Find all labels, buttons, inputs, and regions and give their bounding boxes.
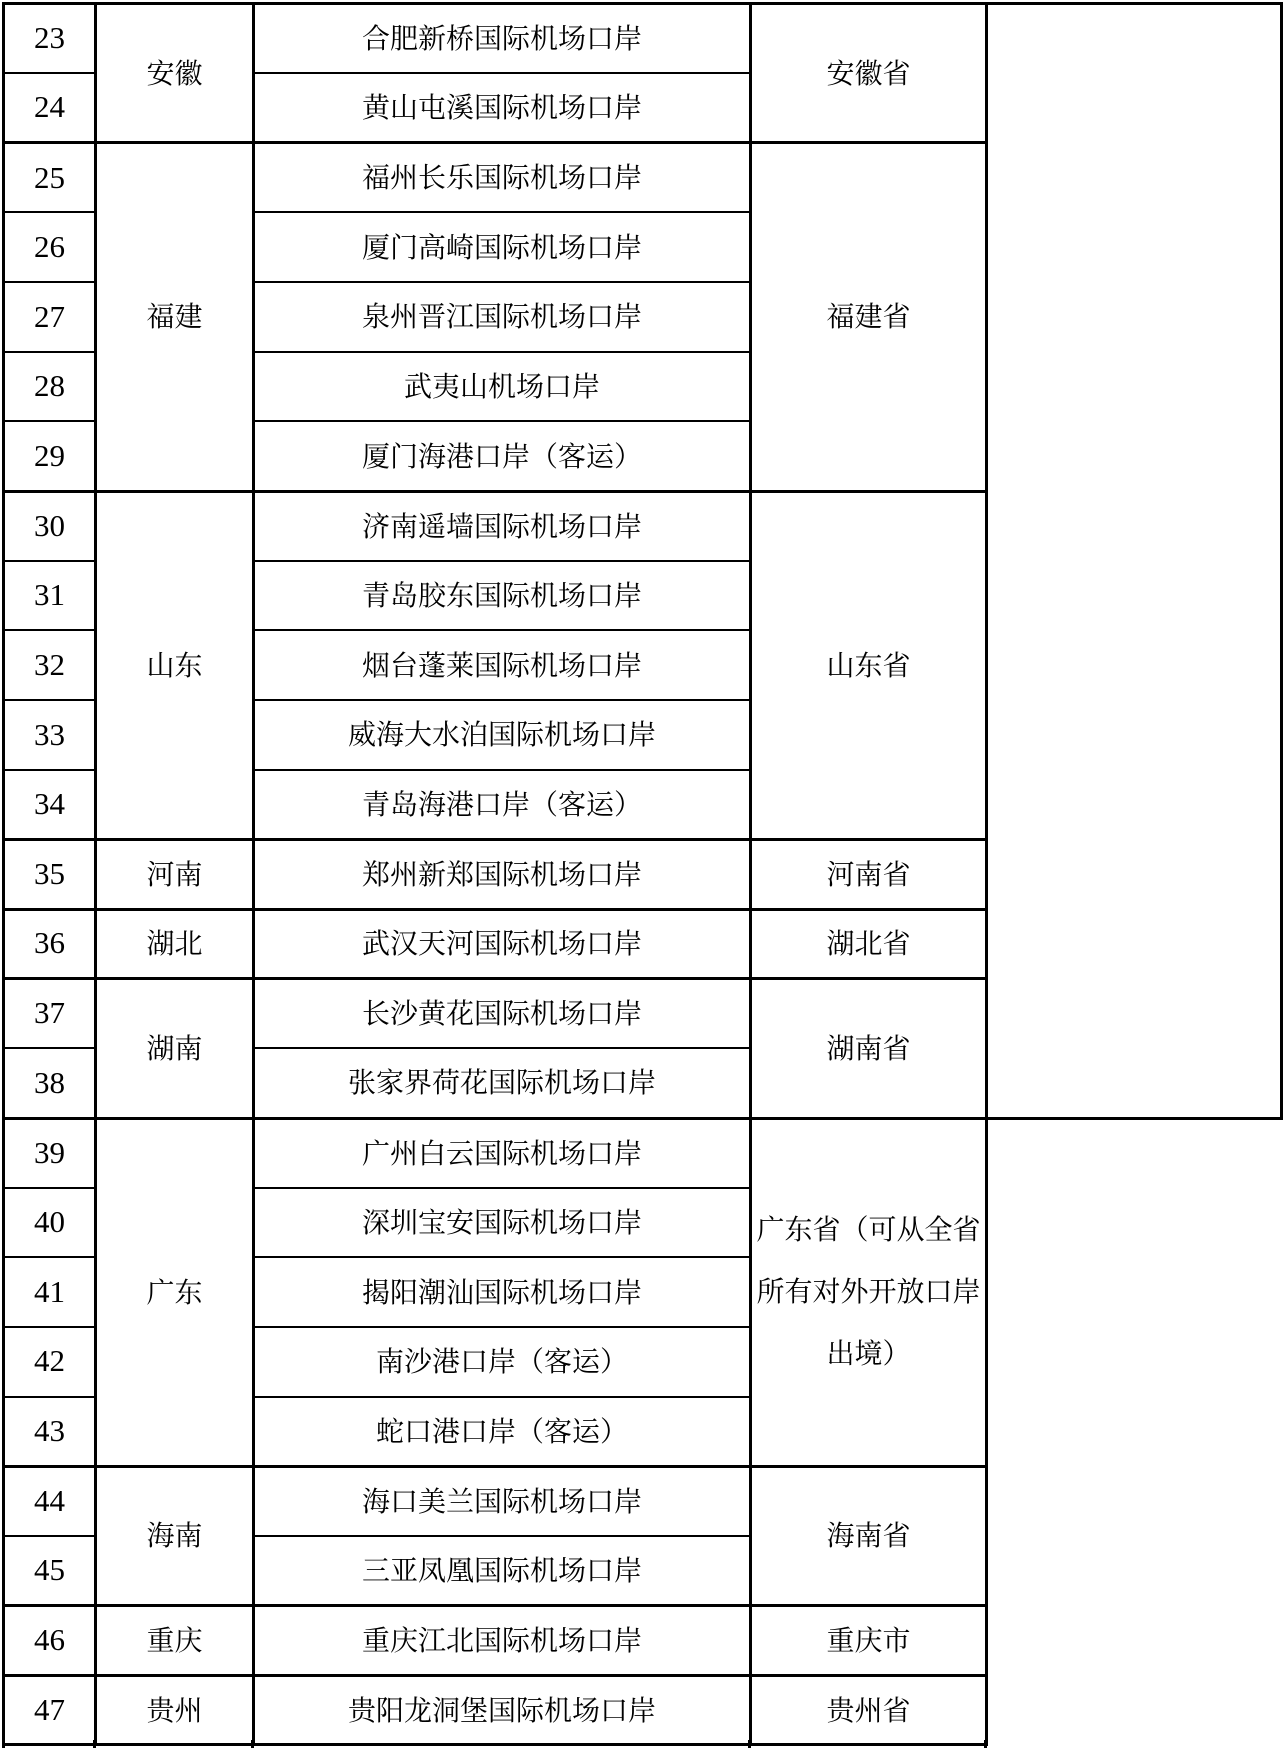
province-cell: 广东 bbox=[96, 1118, 254, 1466]
province-cell: 安徽 bbox=[96, 4, 254, 143]
ports-table: 23安徽合肥新桥国际机场口岸安徽省24黄山屯溪国际机场口岸25福建福州长乐国际机… bbox=[2, 2, 1283, 1746]
port-name-cell: 烟台蓬莱国际机场口岸 bbox=[254, 630, 751, 700]
province-cell: 湖北 bbox=[96, 909, 254, 979]
port-name-cell: 青岛海港口岸（客运） bbox=[254, 770, 751, 840]
notes-cell bbox=[987, 4, 1282, 1119]
port-name-cell: 泉州晋江国际机场口岸 bbox=[254, 282, 751, 352]
port-name-cell: 武汉天河国际机场口岸 bbox=[254, 909, 751, 979]
port-name-cell: 郑州新郑国际机场口岸 bbox=[254, 839, 751, 909]
province-cell: 海南 bbox=[96, 1466, 254, 1605]
port-name-cell: 三亚凤凰国际机场口岸 bbox=[254, 1536, 751, 1606]
row-number-cell: 31 bbox=[4, 561, 96, 631]
port-name-cell: 济南遥墙国际机场口岸 bbox=[254, 491, 751, 561]
province-cell: 贵州 bbox=[96, 1675, 254, 1745]
port-name-cell: 深圳宝安国际机场口岸 bbox=[254, 1188, 751, 1258]
row-number-cell: 37 bbox=[4, 979, 96, 1049]
port-name-cell: 贵阳龙洞堡国际机场口岸 bbox=[254, 1675, 751, 1745]
province-cell: 湖南 bbox=[96, 979, 254, 1118]
border-stub bbox=[748, 1740, 751, 1748]
table-row: 23安徽合肥新桥国际机场口岸安徽省 bbox=[4, 4, 1282, 74]
port-name-cell: 武夷山机场口岸 bbox=[254, 352, 751, 422]
border-stub bbox=[251, 1740, 254, 1748]
row-number-cell: 40 bbox=[4, 1188, 96, 1258]
port-name-cell: 张家界荷花国际机场口岸 bbox=[254, 1048, 751, 1118]
notes-cell bbox=[987, 1118, 1282, 1745]
border-stub bbox=[93, 1740, 96, 1748]
province-cell: 山东 bbox=[96, 491, 254, 839]
ports-table-body: 23安徽合肥新桥国际机场口岸安徽省24黄山屯溪国际机场口岸25福建福州长乐国际机… bbox=[4, 4, 1282, 1745]
row-number-cell: 30 bbox=[4, 491, 96, 561]
row-number-cell: 28 bbox=[4, 352, 96, 422]
border-stub bbox=[984, 1740, 987, 1748]
exit-region-cell: 贵州省 bbox=[751, 1675, 987, 1745]
port-name-cell: 重庆江北国际机场口岸 bbox=[254, 1606, 751, 1676]
port-name-cell: 合肥新桥国际机场口岸 bbox=[254, 4, 751, 74]
port-name-cell: 厦门海港口岸（客运） bbox=[254, 421, 751, 491]
exit-region-line: 广东省（可从全省 bbox=[752, 1199, 985, 1261]
port-name-cell: 广州白云国际机场口岸 bbox=[254, 1118, 751, 1188]
row-number-cell: 24 bbox=[4, 73, 96, 143]
province-cell: 河南 bbox=[96, 839, 254, 909]
exit-region-cell: 湖北省 bbox=[751, 909, 987, 979]
exit-region-cell: 福建省 bbox=[751, 143, 987, 491]
row-number-cell: 44 bbox=[4, 1466, 96, 1536]
border-stub bbox=[2, 1740, 5, 1748]
row-number-cell: 26 bbox=[4, 212, 96, 282]
port-name-cell: 南沙港口岸（客运） bbox=[254, 1327, 751, 1397]
port-name-cell: 长沙黄花国际机场口岸 bbox=[254, 979, 751, 1049]
exit-region-cell: 河南省 bbox=[751, 839, 987, 909]
port-name-cell: 威海大水泊国际机场口岸 bbox=[254, 700, 751, 770]
row-number-cell: 23 bbox=[4, 4, 96, 74]
row-number-cell: 25 bbox=[4, 143, 96, 213]
row-number-cell: 33 bbox=[4, 700, 96, 770]
row-number-cell: 41 bbox=[4, 1257, 96, 1327]
exit-region-cell: 海南省 bbox=[751, 1466, 987, 1605]
row-number-cell: 46 bbox=[4, 1606, 96, 1676]
port-name-cell: 蛇口港口岸（客运） bbox=[254, 1397, 751, 1467]
row-number-cell: 45 bbox=[4, 1536, 96, 1606]
row-number-cell: 35 bbox=[4, 839, 96, 909]
document-page: { "colors": { "background": "#ffffff", "… bbox=[0, 0, 1284, 1748]
row-number-cell: 42 bbox=[4, 1327, 96, 1397]
row-number-cell: 34 bbox=[4, 770, 96, 840]
row-number-cell: 39 bbox=[4, 1118, 96, 1188]
row-number-cell: 47 bbox=[4, 1675, 96, 1745]
port-name-cell: 黄山屯溪国际机场口岸 bbox=[254, 73, 751, 143]
row-number-cell: 27 bbox=[4, 282, 96, 352]
row-number-cell: 38 bbox=[4, 1048, 96, 1118]
row-number-cell: 29 bbox=[4, 421, 96, 491]
port-name-cell: 福州长乐国际机场口岸 bbox=[254, 143, 751, 213]
province-cell: 重庆 bbox=[96, 1606, 254, 1676]
exit-region-cell: 安徽省 bbox=[751, 4, 987, 143]
table-row: 39广东广州白云国际机场口岸广东省（可从全省所有对外开放口岸出境） bbox=[4, 1118, 1282, 1188]
row-number-cell: 43 bbox=[4, 1397, 96, 1467]
row-number-cell: 32 bbox=[4, 630, 96, 700]
exit-region-cell: 广东省（可从全省所有对外开放口岸出境） bbox=[751, 1118, 987, 1466]
row-number-cell: 36 bbox=[4, 909, 96, 979]
port-name-cell: 厦门高崎国际机场口岸 bbox=[254, 212, 751, 282]
exit-region-line: 所有对外开放口岸 bbox=[752, 1261, 985, 1323]
exit-region-cell: 山东省 bbox=[751, 491, 987, 839]
port-name-cell: 海口美兰国际机场口岸 bbox=[254, 1466, 751, 1536]
exit-region-cell: 重庆市 bbox=[751, 1606, 987, 1676]
exit-region-line: 出境） bbox=[752, 1323, 985, 1385]
exit-region-cell: 湖南省 bbox=[751, 979, 987, 1118]
port-name-cell: 青岛胶东国际机场口岸 bbox=[254, 561, 751, 631]
port-name-cell: 揭阳潮汕国际机场口岸 bbox=[254, 1257, 751, 1327]
province-cell: 福建 bbox=[96, 143, 254, 491]
